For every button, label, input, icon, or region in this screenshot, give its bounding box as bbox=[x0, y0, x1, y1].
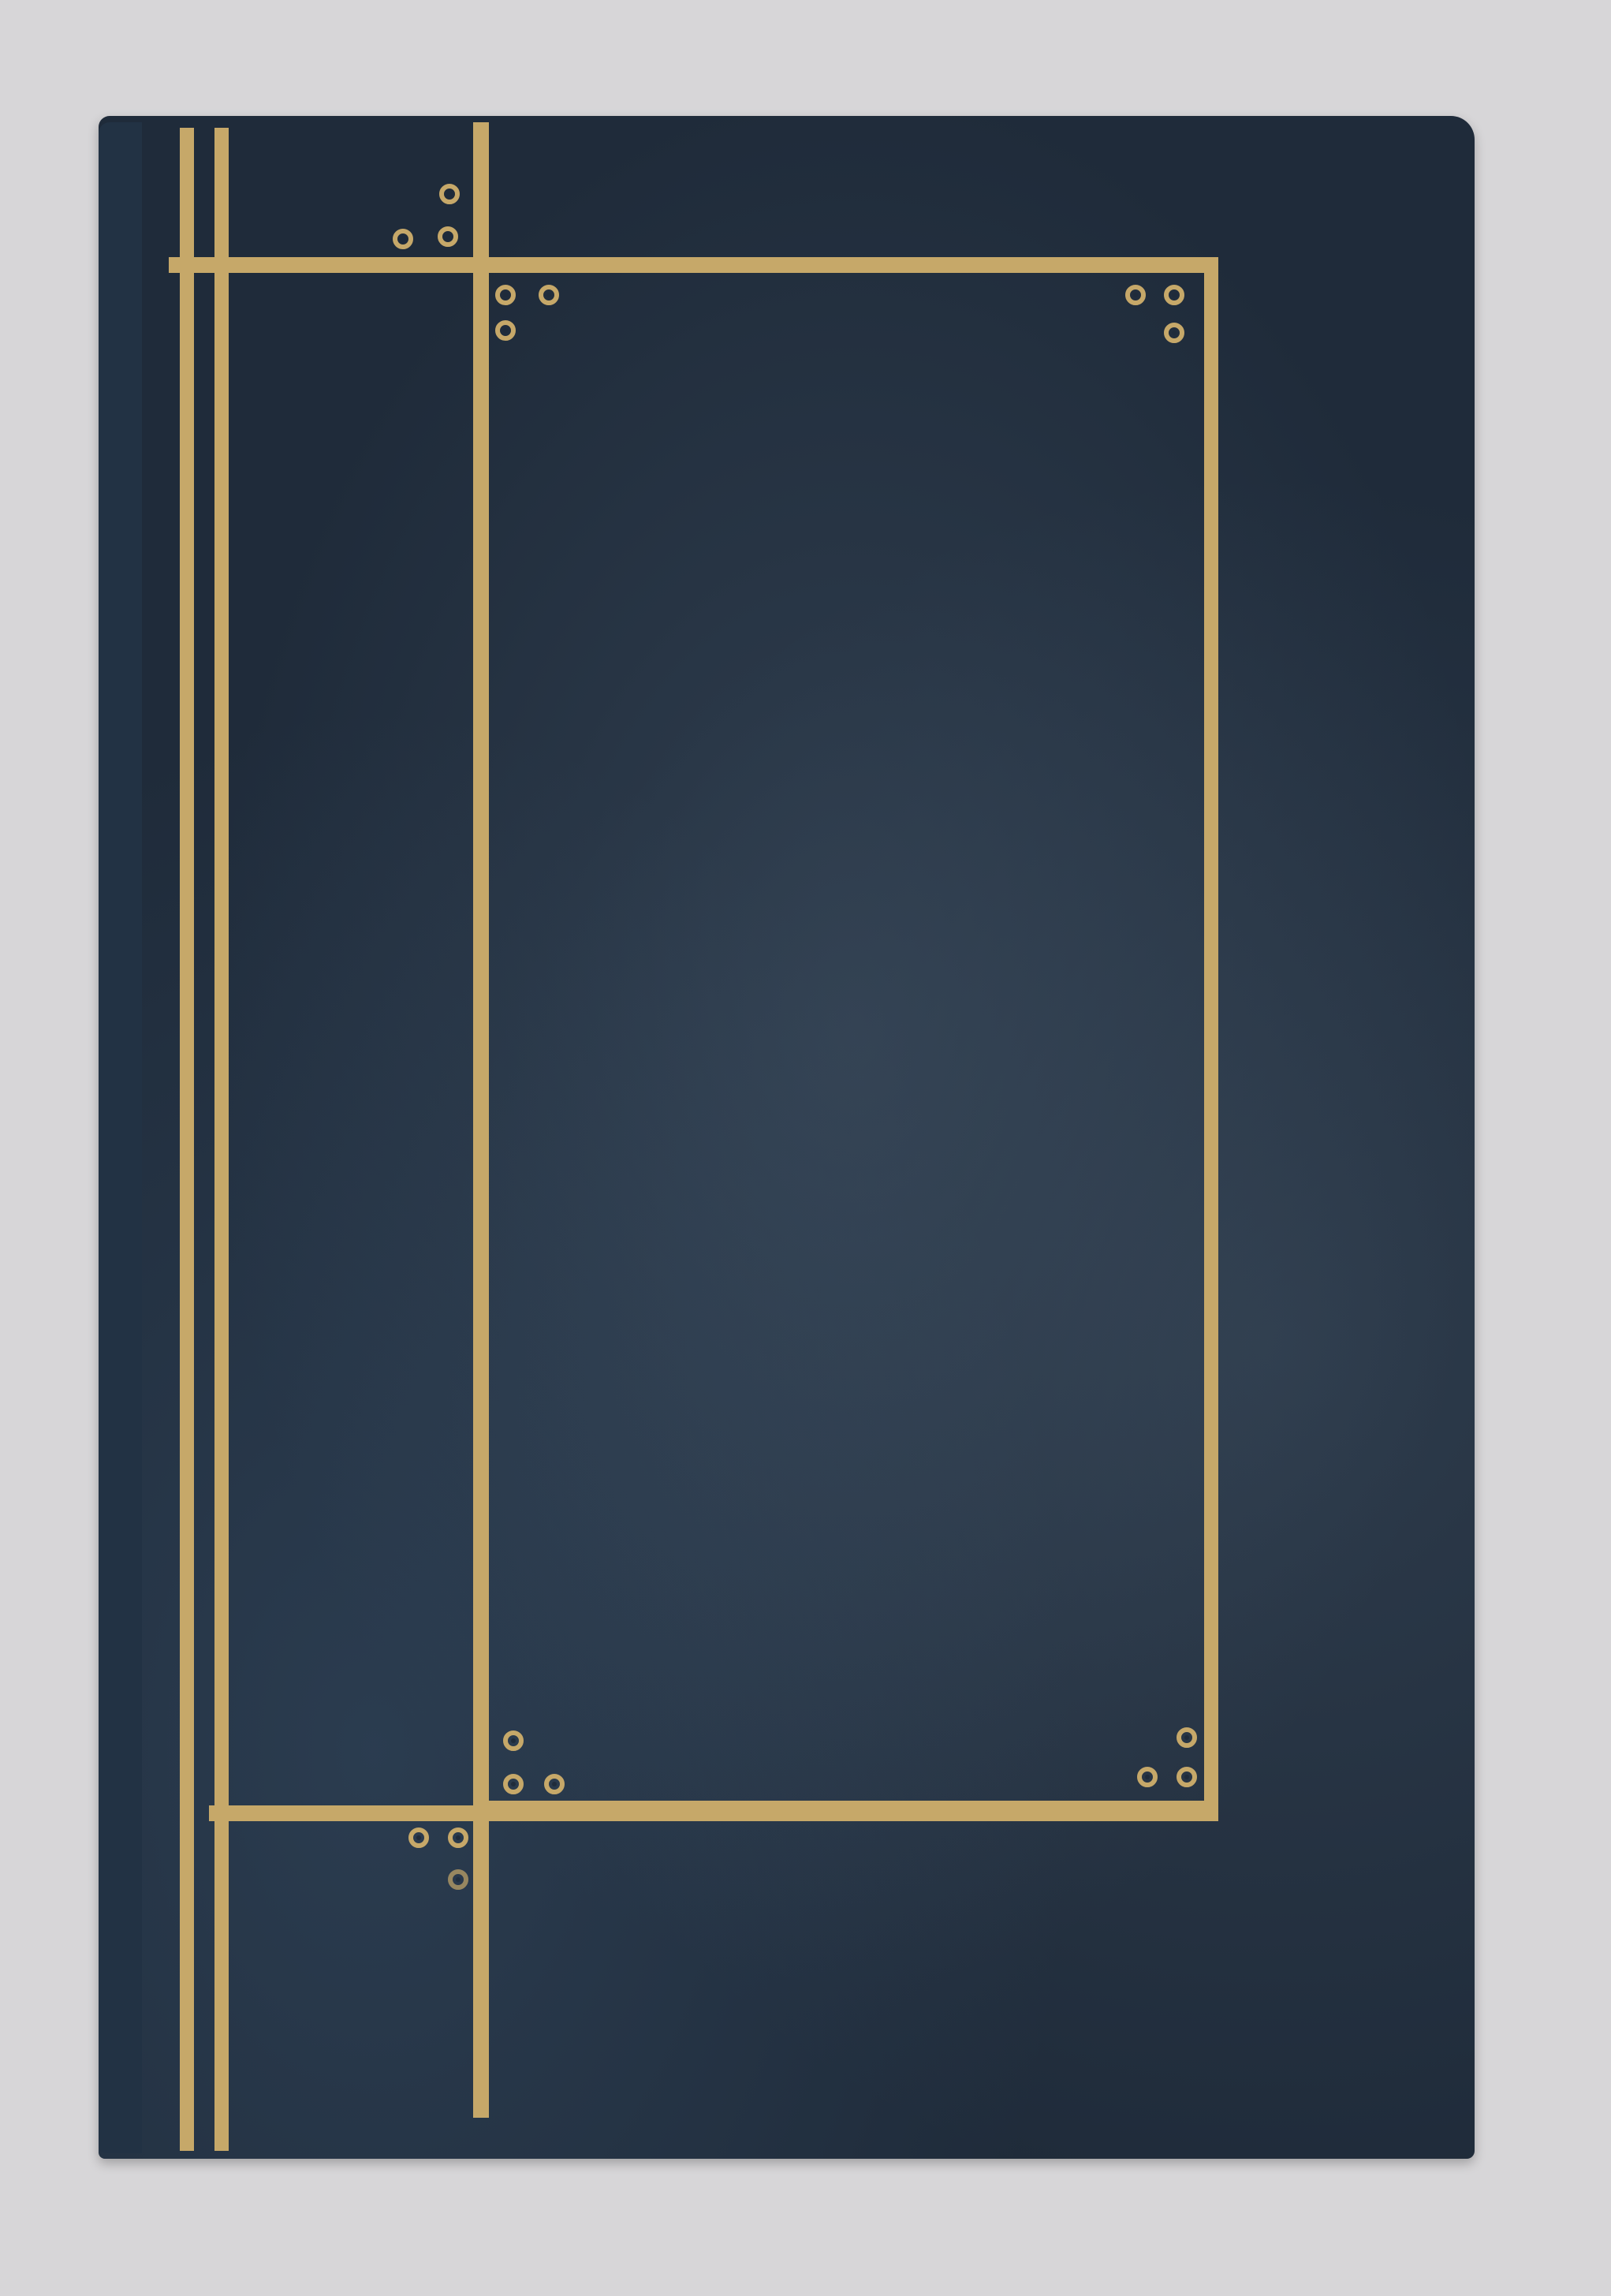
dot-ornament-icon bbox=[393, 229, 413, 249]
dot-ornament-icon bbox=[439, 184, 460, 204]
dot-ornament-icon bbox=[448, 1869, 468, 1890]
gilt-line-left-1 bbox=[180, 128, 194, 2151]
book-spine-edge bbox=[99, 122, 142, 2153]
dot-ornament-icon bbox=[1177, 1767, 1197, 1787]
dot-ornament-icon bbox=[503, 1774, 524, 1794]
dot-ornament-icon bbox=[408, 1827, 429, 1848]
dot-ornament-icon bbox=[539, 285, 559, 305]
dot-ornament-icon bbox=[495, 285, 516, 305]
dot-ornament-icon bbox=[1177, 1727, 1197, 1748]
gilt-line-left-2 bbox=[214, 128, 229, 2151]
gilt-bottom-horizontal bbox=[209, 1805, 1218, 1821]
dot-ornament-icon bbox=[448, 1827, 468, 1848]
dot-ornament-icon bbox=[1164, 323, 1184, 343]
dot-ornament-icon bbox=[544, 1774, 565, 1794]
dot-ornament-icon bbox=[1125, 285, 1146, 305]
dot-ornament-icon bbox=[438, 226, 458, 247]
dot-ornament-icon bbox=[503, 1730, 524, 1751]
dot-ornament-icon bbox=[1164, 285, 1184, 305]
gilt-frame bbox=[481, 257, 1218, 1815]
dot-ornament-icon bbox=[495, 320, 516, 341]
dot-ornament-icon bbox=[1137, 1767, 1158, 1787]
